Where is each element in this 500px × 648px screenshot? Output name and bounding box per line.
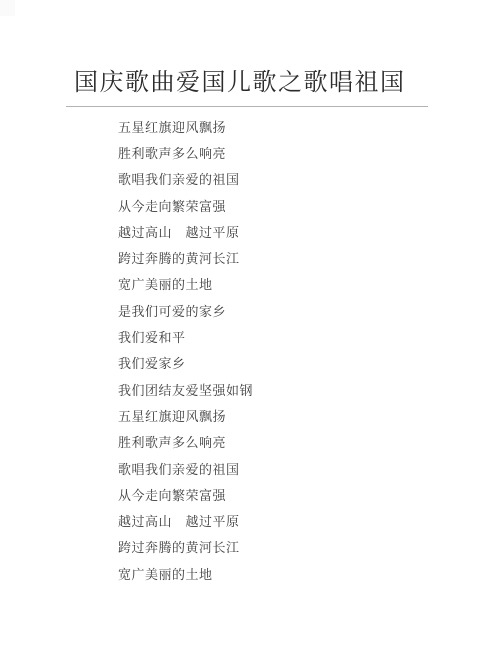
lyric-line: 五星红旗迎风飘扬 bbox=[118, 113, 458, 139]
lyric-line: 五星红旗迎风飘扬 bbox=[118, 402, 458, 428]
lyric-line: 我们爱家乡 bbox=[118, 350, 458, 376]
lyric-line: 宽广美丽的土地 bbox=[118, 560, 458, 586]
page-title: 国庆歌曲爱国儿歌之歌唱祖国 bbox=[66, 62, 428, 97]
corner-artifact bbox=[0, 0, 15, 16]
lyric-line: 胜利歌声多么响亮 bbox=[118, 139, 458, 165]
lyric-line: 越过高山 越过平原 bbox=[118, 507, 458, 533]
lyric-line: 我们团结友爱坚强如钢 bbox=[118, 376, 458, 402]
lyric-line: 我们爱和平 bbox=[118, 323, 458, 349]
lyric-line: 跨过奔腾的黄河长江 bbox=[118, 244, 458, 270]
title-block: 国庆歌曲爱国儿歌之歌唱祖国 bbox=[66, 62, 428, 107]
lyric-line: 胜利歌声多么响亮 bbox=[118, 429, 458, 455]
lyric-line: 歌唱我们亲爱的祖国 bbox=[118, 455, 458, 481]
lyric-line: 是我们可爱的家乡 bbox=[118, 297, 458, 323]
lyric-line: 跨过奔腾的黄河长江 bbox=[118, 534, 458, 560]
lyric-line: 越过高山 越过平原 bbox=[118, 218, 458, 244]
lyric-line: 从今走向繁荣富强 bbox=[118, 192, 458, 218]
lyric-line: 歌唱我们亲爱的祖国 bbox=[118, 166, 458, 192]
lyrics-body: 五星红旗迎风飘扬胜利歌声多么响亮歌唱我们亲爱的祖国从今走向繁荣富强越过高山 越过… bbox=[118, 113, 458, 586]
lyric-line: 从今走向繁荣富强 bbox=[118, 481, 458, 507]
lyric-line: 宽广美丽的土地 bbox=[118, 271, 458, 297]
